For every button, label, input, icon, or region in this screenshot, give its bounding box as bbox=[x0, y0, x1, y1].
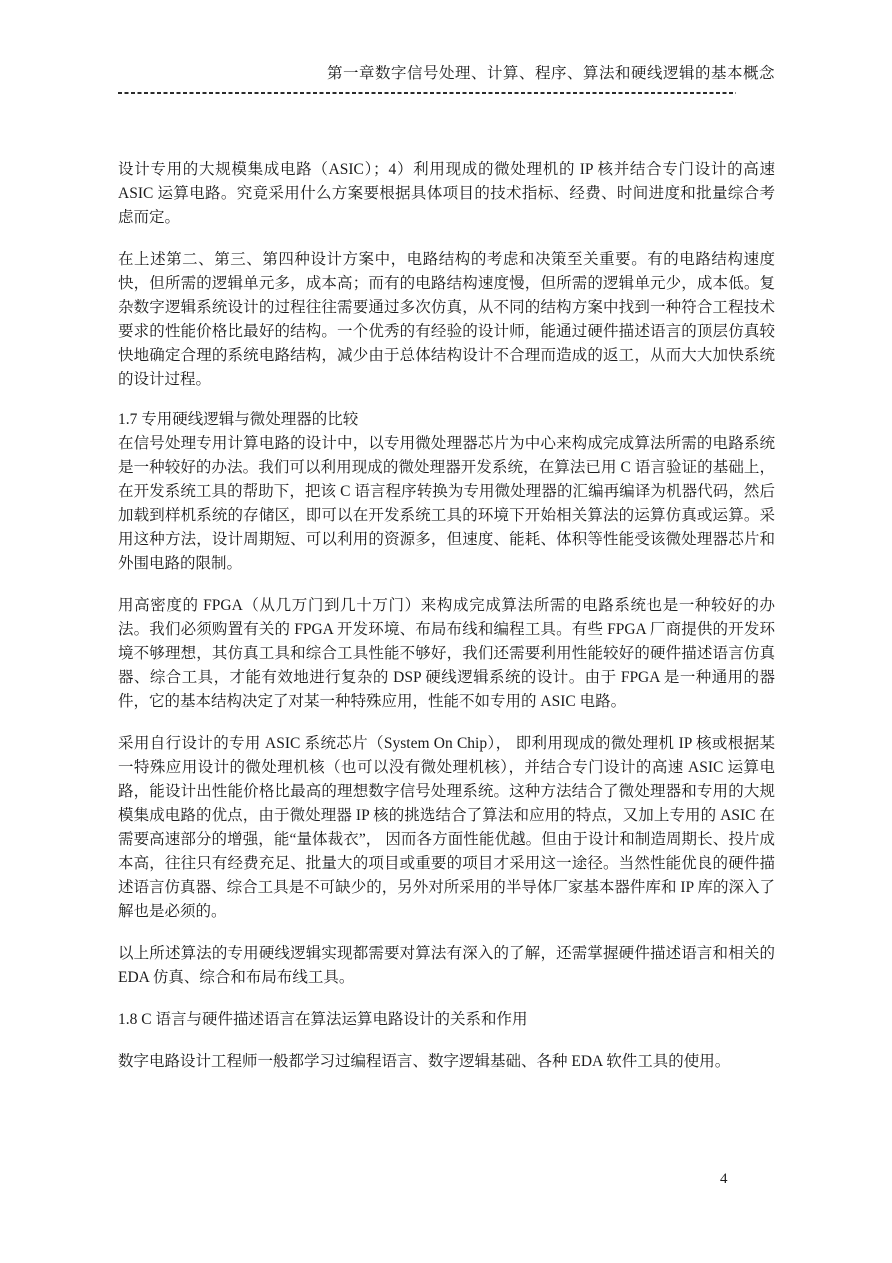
paragraph-circuit-structure-tradeoffs: 在上述第二、第三、第四种设计方案中，电路结构的考虑和决策至关重要。有的电路结构速… bbox=[118, 248, 775, 392]
document-body: 设计专用的大规模集成电路（ASIC）；4）利用现成的微处理机的 IP 核并结合专… bbox=[118, 158, 775, 1074]
paragraph-engineer-background: 数字电路设计工程师一般都学习过编程语言、数字逻辑基础、各种 EDA 软件工具的使… bbox=[118, 1050, 775, 1074]
page-number: 4 bbox=[720, 1169, 728, 1189]
section-heading-1-7: 1.7 专用硬线逻辑与微处理器的比较 bbox=[118, 408, 775, 432]
document-page: 第一章数字信号处理、计算、程序、算法和硬线逻辑的基本概念 设计专用的大规模集成电… bbox=[0, 0, 892, 1263]
paragraph-asic-design-options: 设计专用的大规模集成电路（ASIC）；4）利用现成的微处理机的 IP 核并结合专… bbox=[118, 158, 775, 230]
running-header-chapter-title: 第一章数字信号处理、计算、程序、算法和硬线逻辑的基本概念 bbox=[118, 63, 775, 85]
paragraph-microprocessor-approach: 在信号处理专用计算电路的设计中，以专用微处理器芯片为中心来构成完成算法所需的电路… bbox=[118, 432, 775, 576]
section-heading-1-8: 1.8 C 语言与硬件描述语言在算法运算电路设计的关系和作用 bbox=[118, 1008, 775, 1032]
paragraph-asic-soc-approach: 采用自行设计的专用 ASIC 系统芯片（System On Chip）， 即利用… bbox=[118, 732, 775, 924]
paragraph-hdl-eda-requirements: 以上所述算法的专用硬线逻辑实现都需要对算法有深入的了解，还需掌握硬件描述语言和相… bbox=[118, 942, 775, 990]
paragraph-fpga-approach: 用高密度的 FPGA（从几万门到几十万门）来构成完成算法所需的电路系统也是一种较… bbox=[118, 594, 775, 714]
header-divider bbox=[118, 92, 736, 94]
